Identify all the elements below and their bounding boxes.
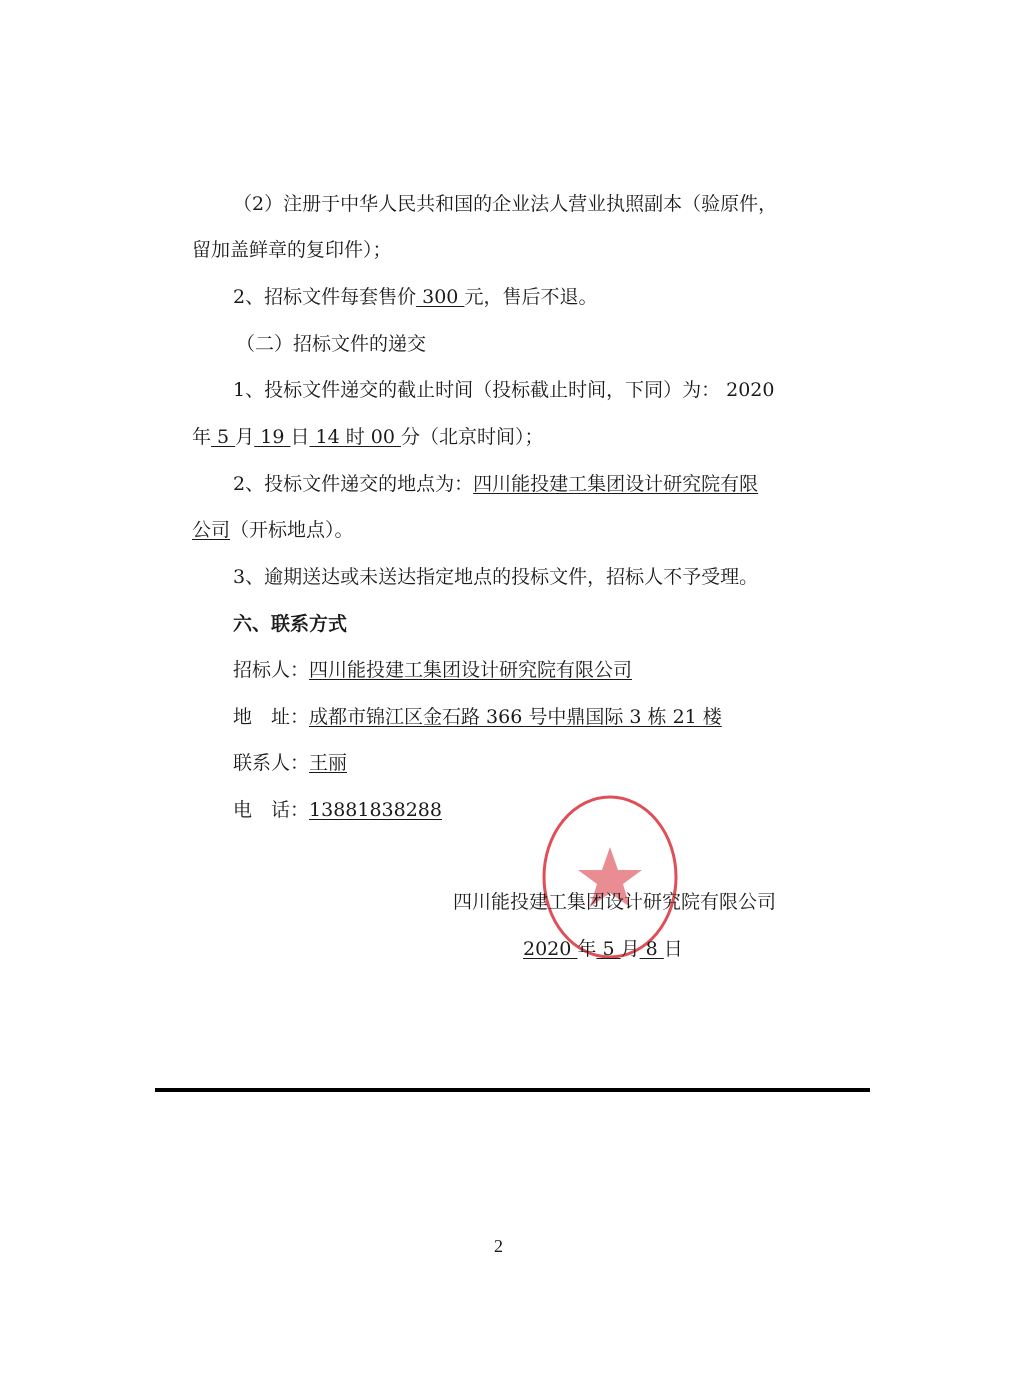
paragraph-deadline-line1: 1、投标文件递交的截止时间（投标截止时间，下同）为： 2020 — [233, 378, 774, 402]
deadline-day: 19 — [254, 426, 290, 448]
signature-date: 2020 年 5 月 8 日 — [523, 937, 683, 961]
date-day: 8 — [640, 938, 664, 960]
date-year: 2020 — [523, 938, 577, 960]
price-suffix: 元，售后不退。 — [464, 286, 597, 308]
signature-company: 四川能投建工集团设计研究院有限公司 — [453, 890, 776, 914]
date-day-char: 日 — [664, 938, 683, 960]
paragraph-location-line2: 公司（开标地点）。 — [192, 518, 354, 542]
page-number: 2 — [494, 1236, 503, 1257]
deadline-day-char: 日 — [290, 426, 309, 448]
paragraph-late-submission: 3、逾期送达或未送达指定地点的投标文件，招标人不予受理。 — [233, 565, 758, 589]
paragraph-deadline-line2: 年 5 月 19 日 14 时 00 分（北京时间）； — [192, 425, 544, 449]
person-value: 王丽 — [309, 752, 347, 774]
price-value: 300 — [416, 286, 464, 308]
deadline-year-char: 年 — [192, 426, 211, 448]
location-prefix: 2、投标文件递交的地点为： — [233, 473, 473, 495]
section-heading-contact: 六、联系方式 — [233, 612, 347, 636]
paragraph-business-license-line1: （2）注册于中华人民共和国的企业法人营业执照副本（验原件， — [233, 192, 777, 216]
contact-person: 联系人：王丽 — [233, 751, 347, 775]
paragraph-business-license-line2: 留加盖鲜章的复印件）； — [192, 238, 392, 262]
date-year-char: 年 — [577, 938, 596, 960]
deadline-month-char: 月 — [235, 426, 254, 448]
deadline-month: 5 — [211, 426, 235, 448]
phone-label: 电 话： — [233, 799, 309, 821]
deadline-tail: 分（北京时间）； — [401, 426, 544, 448]
person-label: 联系人： — [233, 752, 309, 774]
horizontal-rule — [155, 1088, 870, 1092]
date-month: 5 — [596, 938, 620, 960]
location-tail: （开标地点）。 — [230, 519, 354, 541]
contact-tenderer: 招标人：四川能投建工集团设计研究院有限公司 — [233, 658, 632, 682]
date-month-char: 月 — [621, 938, 640, 960]
location-place: 四川能投建工集团设计研究院有限 — [473, 473, 758, 495]
address-label: 地 址： — [233, 706, 309, 728]
price-prefix: 2、招标文件每套售价 — [233, 286, 416, 308]
contact-address: 地 址：成都市锦江区金石路 366 号中鼎国际 3 栋 21 楼 — [233, 705, 722, 729]
tenderer-label: 招标人： — [233, 659, 309, 681]
phone-value: 13881838288 — [309, 799, 442, 821]
address-value: 成都市锦江区金石路 366 号中鼎国际 3 栋 21 楼 — [309, 706, 722, 728]
deadline-time: 14 时 00 — [309, 426, 401, 448]
tenderer-value: 四川能投建工集团设计研究院有限公司 — [309, 659, 632, 681]
paragraph-document-price: 2、招标文件每套售价 300 元，售后不退。 — [233, 285, 597, 309]
contact-phone: 电 话：13881838288 — [233, 798, 442, 822]
section-heading-submission: （二）招标文件的递交 — [236, 332, 426, 356]
paragraph-location-line1: 2、投标文件递交的地点为：四川能投建工集团设计研究院有限 — [233, 472, 758, 496]
location-place-cont: 公司 — [192, 519, 230, 541]
